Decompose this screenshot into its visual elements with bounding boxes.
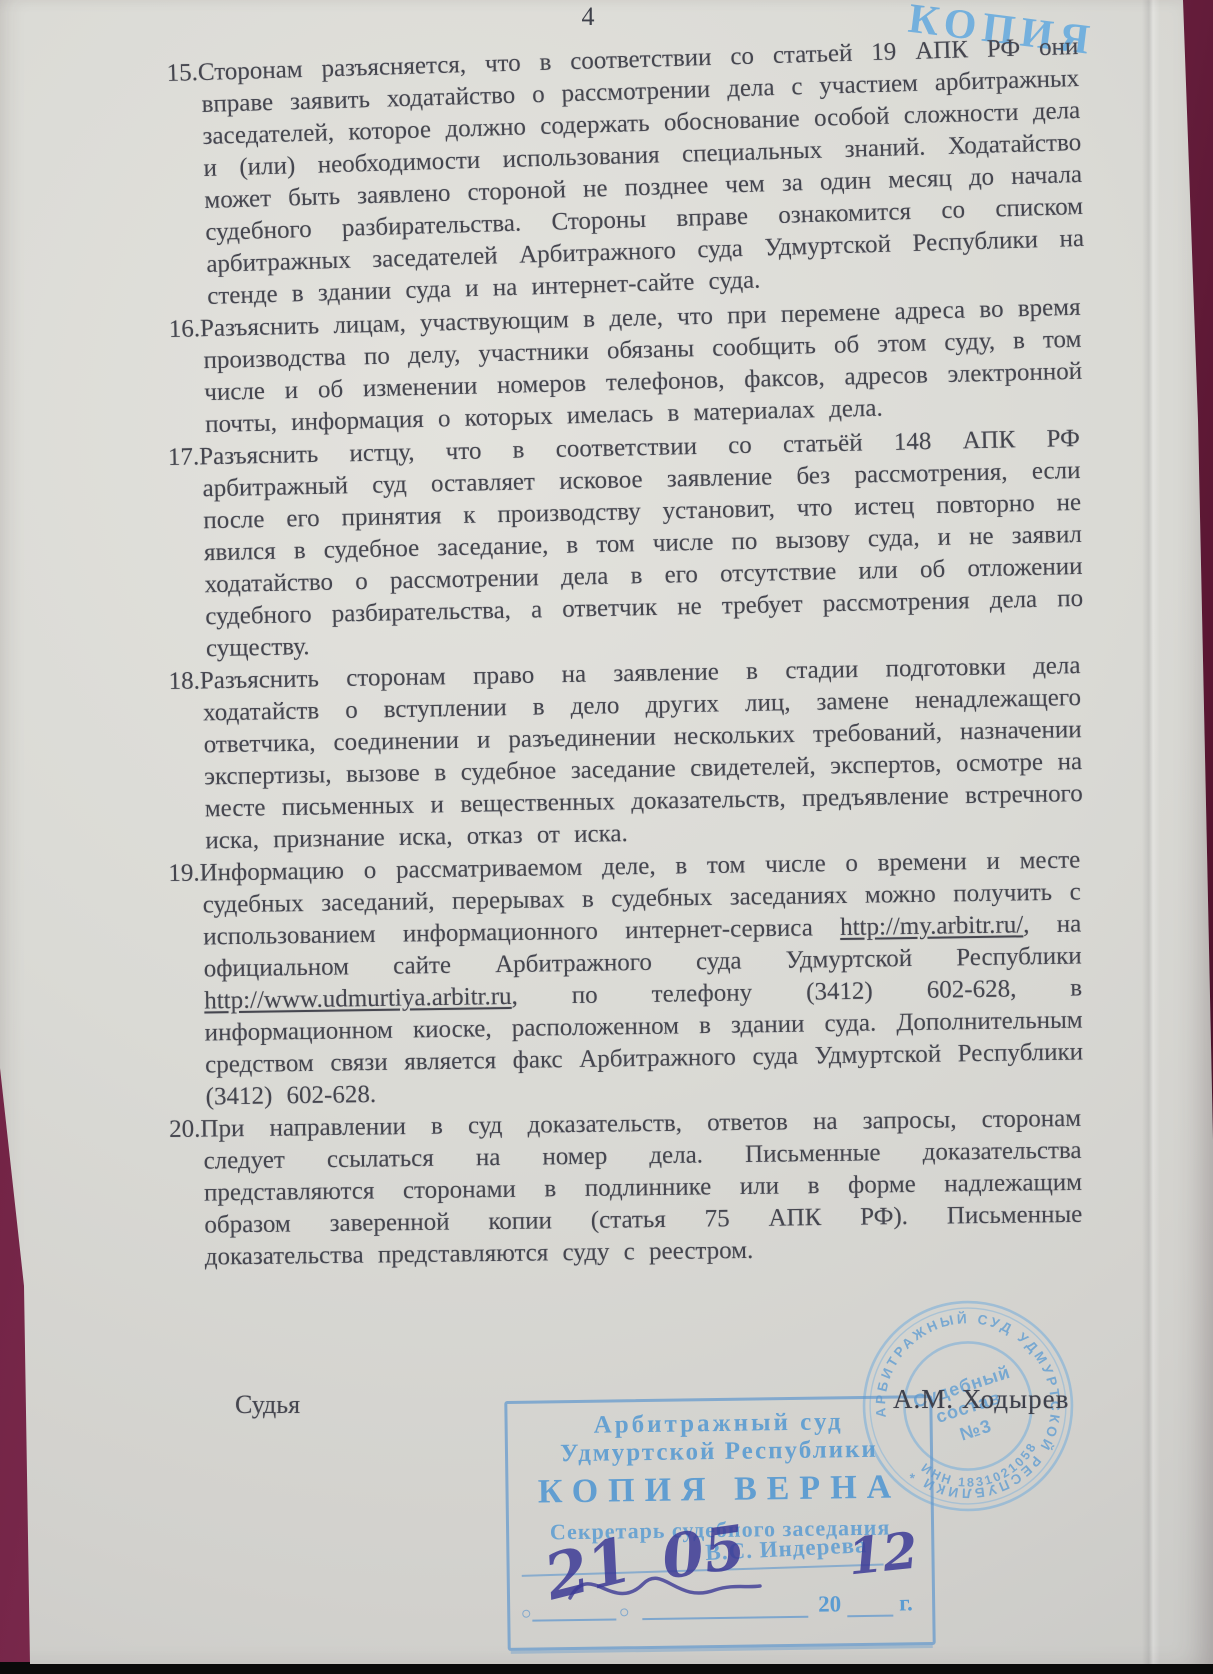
paragraph-text: При направлении в суд доказательств, отв… xyxy=(200,1105,1082,1271)
document-page: 4 КОПИЯ 15.Сторонам разъясняется, что в … xyxy=(0,0,1213,1674)
handwritten-month: 05 xyxy=(658,1513,750,1594)
handwritten-year: 12 xyxy=(845,1521,920,1587)
paragraph-17: 17.Разъяснить истцу, что в соответствии … xyxy=(168,423,1084,666)
stamp-copy-verna-title: КОПИЯ ВЕРНА xyxy=(508,1468,930,1512)
page-number: 4 xyxy=(568,2,608,32)
judge-label: Судья xyxy=(235,1390,300,1420)
paragraph-number: 17. xyxy=(168,443,200,471)
paragraph-16: 16.Разъяснить лицам, участвующим в деле,… xyxy=(168,292,1083,442)
paragraph-15: 15.Сторонам разъясняется, что в соответс… xyxy=(166,31,1085,314)
paragraph-number: 15. xyxy=(166,59,198,87)
judge-name: А.М. Ходырев xyxy=(893,1384,1069,1415)
date-year-suffix: г. xyxy=(899,1590,913,1616)
date-year-blank xyxy=(847,1591,893,1618)
round-stamp-line3: №3 xyxy=(957,1416,994,1445)
paragraph-19: 19.Информацию о рассматриваемом деле, в … xyxy=(168,844,1084,1114)
paragraph-20: 20.При направлении в суд доказательств, … xyxy=(169,1103,1083,1274)
paragraph-text: Разъяснить лицам, участвующим в деле, чт… xyxy=(200,294,1083,438)
date-year-prefix: 20 xyxy=(818,1591,841,1617)
paragraph-number: 19. xyxy=(168,860,200,887)
paper-crease xyxy=(1142,0,1160,1674)
stamp-court-line2: Удмуртской Республики xyxy=(508,1435,930,1469)
paragraph-text: Сторонам разъясняется, что в соответстви… xyxy=(197,33,1084,310)
document-body: 15.Сторонам разъясняется, что в соответс… xyxy=(170,58,1082,1274)
paragraph-number: 20. xyxy=(169,1116,201,1143)
paragraph-text: Разъяснить сторонам право на заявление в… xyxy=(200,652,1083,854)
paragraph-number: 18. xyxy=(168,667,200,695)
date-bracket-dot xyxy=(522,1610,530,1618)
url-my-arbitr: http://my.arbitr.ru/ xyxy=(840,911,1023,941)
paragraph-text: Разъяснить истцу, что в соответствии со … xyxy=(199,425,1083,662)
paragraph-18: 18.Разъяснить сторонам право на заявлени… xyxy=(168,650,1083,858)
paragraph-number: 16. xyxy=(168,315,200,343)
url-udmurtiya-arbitr: http://www.udmurtiya.arbitr.ru xyxy=(204,983,512,1015)
